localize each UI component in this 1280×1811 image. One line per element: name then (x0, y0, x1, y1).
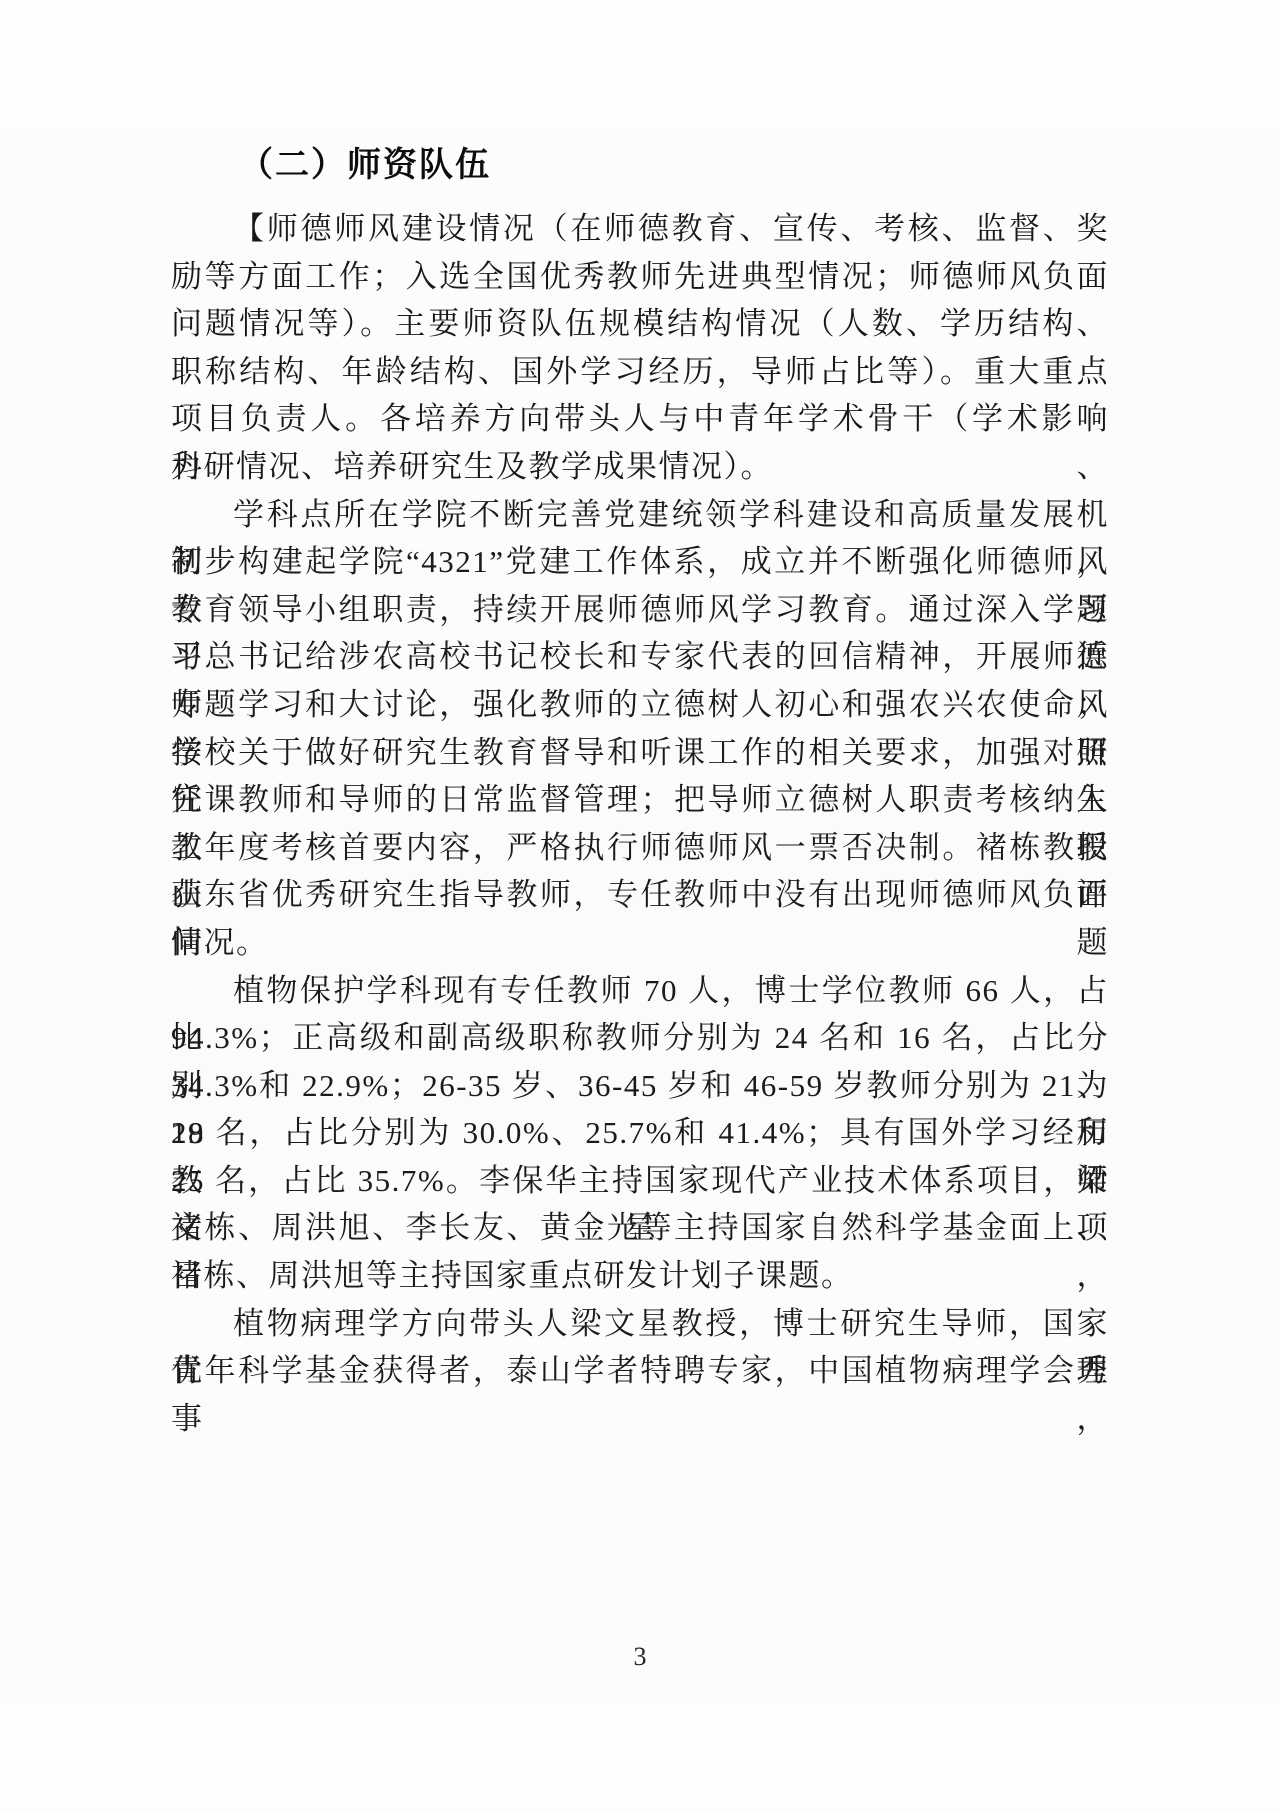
paragraph: 植物病理学方向带头人梁文星教授，博士研究生导师，国家优秀青年科学基金获得者，泰山… (171, 1300, 1109, 1395)
page-content: （二）师资队伍 【师德师风建设情况（在师德教育、宣传、考核、监督、奖励等方面工作… (171, 141, 1109, 1395)
text-line: 褚栋、周洪旭、李长友、黄金光等主持国家自然科学基金面上项目， (171, 1204, 1109, 1252)
page-number: 3 (0, 1640, 1280, 1674)
text-line: 青年科学基金获得者，泰山学者特聘专家，中国植物病理学会理事， (171, 1347, 1109, 1395)
text-line: 初步构建起学院“4321”党建工作体系，成立并不断强化师德师风专题 (171, 538, 1109, 586)
document-page: （二）师资队伍 【师德师风建设情况（在师德教育、宣传、考核、监督、奖励等方面工作… (0, 0, 1280, 1811)
text-line: 学校关于做好研究生教育督导和听课工作的相关要求，加强对研究生 (171, 729, 1109, 777)
paragraph: 植物保护学科现有专任教师 70 人，博士学位教师 66 人，占比94.3%；正高… (171, 967, 1109, 1300)
text-line: 34.3%和 22.9%；26-35 岁、36-45 岁和 46-59 岁教师分… (171, 1062, 1109, 1110)
section-heading: （二）师资队伍 (171, 141, 1109, 189)
text-line: 【师德师风建设情况（在师德教育、宣传、考核、监督、奖 (171, 205, 1109, 253)
text-line: 教育领导小组职责，持续开展师德师风学习教育。通过深入学习习近 (171, 586, 1109, 634)
text-line: 植物保护学科现有专任教师 70 人，博士学位教师 66 人，占比 (171, 967, 1109, 1015)
text-line: 励等方面工作；入选全国优秀教师先进典型情况；师德师风负面 (171, 253, 1109, 301)
text-line: 植物病理学方向带头人梁文星教授，博士研究生导师，国家优秀 (171, 1300, 1109, 1348)
text-line: 94.3%；正高级和副高级职称教师分别为 24 名和 16 名，占比分别为 (171, 1014, 1109, 1062)
text-line: 25 名，占比 35.7%。李保华主持国家现代产业技术体系项目，梁文星、 (171, 1157, 1109, 1205)
paragraph: 【师德师风建设情况（在师德教育、宣传、考核、监督、奖励等方面工作；入选全国优秀教… (171, 205, 1109, 491)
text-line: 学科点所在学院不断完善党建统领学科建设和高质量发展机制， (171, 491, 1109, 539)
text-line: 职称结构、年龄结构、国外学习经历，导师占比等）。重大重点 (171, 348, 1109, 396)
text-line: 29 名，占比分别为 30.0%、25.7%和 41.4%；具有国外学习经历教师 (171, 1109, 1109, 1157)
text-line: 工年度考核首要内容，严格执行师德师风一票否决制。褚栋教授获评 (171, 824, 1109, 872)
text-line: 专题学习和大讨论，强化教师的立德树人初心和强农兴农使命；按照 (171, 681, 1109, 729)
paragraph: 学科点所在学院不断完善党建统领学科建设和高质量发展机制，初步构建起学院“4321… (171, 491, 1109, 967)
paragraphs-container: 【师德师风建设情况（在师德教育、宣传、考核、监督、奖励等方面工作；入选全国优秀教… (171, 205, 1109, 1395)
text-line: 山东省优秀研究生指导教师，专任教师中没有出现师德师风负面问题 (171, 871, 1109, 919)
text-line: 平总书记给涉农高校书记校长和专家代表的回信精神，开展师德师风 (171, 633, 1109, 681)
text-line: 项目负责人。各培养方向带头人与中青年学术骨干（学术影响力、 (171, 395, 1109, 443)
text-line: 问题情况等）。主要师资队伍规模结构情况（人数、学历结构、 (171, 300, 1109, 348)
text-line: 任课教师和导师的日常监督管理；把导师立德树人职责考核纳入教职 (171, 776, 1109, 824)
